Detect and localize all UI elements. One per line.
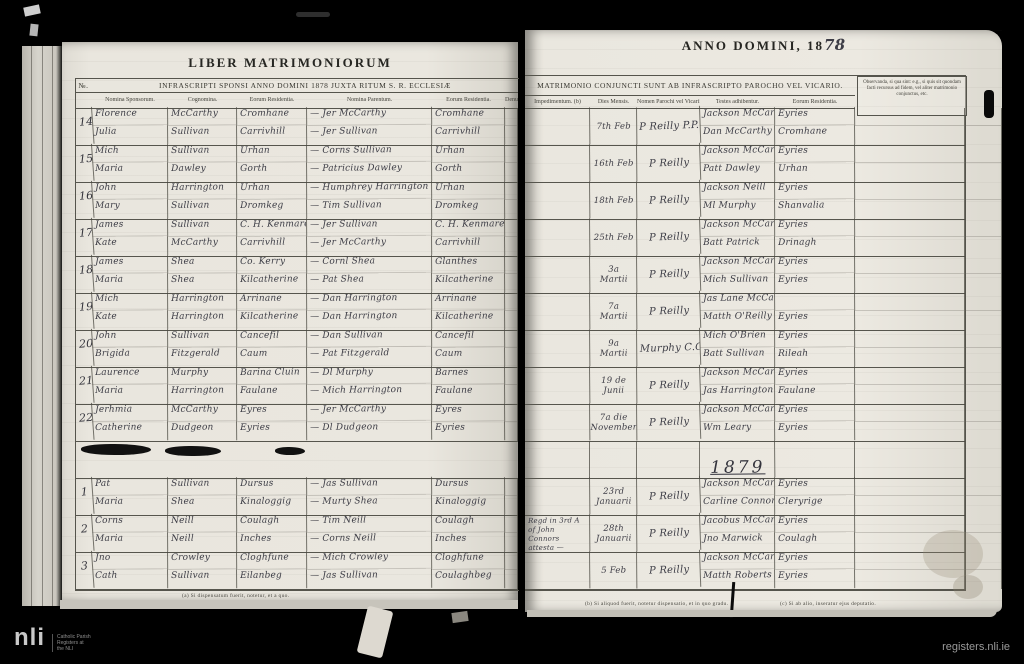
priest-cell: P Reilly P.P. [637,106,701,145]
register-row: 25th FebP ReillyJackson McCarthyEyriesBa… [525,219,965,257]
denuntiationes-cell [505,293,518,311]
groom-parent-residence: Cancefil [432,329,505,348]
register-scan-viewport: LIBER MATRIMONIORUM №. INFRASCRIPTI SPON… [0,0,1024,664]
year-divider: 1879 [700,440,775,478]
bride-name: Cath [92,569,168,589]
witness-2: Jno Marwick [700,532,775,552]
col-label-nomina-parentum: Nomina Parentum. [307,97,432,103]
groom-name: John [92,329,168,348]
bride-surname: Shea [168,495,237,515]
observanda-cell [855,367,965,385]
right-footnote-c: (c) Si ab alio, inseratur ejus deputatio… [780,601,876,607]
denuntiationes-cell [505,256,518,274]
witness-2: Mich Sullivan [700,273,775,293]
denuntiationes-cell [505,348,518,367]
observanda-cell [855,237,965,256]
ink-blot [81,444,151,455]
register-row: 1PatSullivanDursus— Jas SullivanDursusMa… [75,478,518,516]
ink-blot [275,447,305,455]
priest-cell: P Reilly [637,476,701,515]
register-row: 9a MartiiJ Murphy C.C.Mich O'BrienEyries… [525,330,965,368]
groom-name: Florence [92,107,168,126]
groom-name: John [92,181,168,200]
groom-surname: Crowley [168,551,237,570]
page-edge-cell [965,385,1002,404]
bride-residence: Gorth [237,162,307,182]
groom-parent: — Humphrey Harrington [307,181,432,200]
groom-parent: — Jas Sullivan [307,477,432,496]
groom-parent: — Tim Neill [307,514,432,533]
bride-surname: Harrington [168,384,237,404]
bride-name: Maria [92,162,168,182]
witness-1-residence: Eyries [775,329,855,348]
page-edge-cell [965,219,1002,237]
priest-cell: P Reilly [637,143,701,182]
groom-parent-residence: Dursus [432,477,505,496]
denuntiationes-cell [505,182,518,200]
impediment-cell [525,329,590,367]
denuntiationes-cell [505,367,518,385]
impediment-cell [525,477,590,515]
bride-residence: Eilanbeg [237,569,307,589]
groom-name: Mich [92,144,168,163]
col-label-nomen-parochi: Nomen Parochi vel Vicarii. (c) [637,99,700,105]
observanda-cell [855,404,965,422]
groom-residence: Co. Kerry [237,255,307,274]
witness-2-residence: Urhan [775,162,855,182]
page-edge-cell [965,422,1002,441]
bride-name: Kate [92,236,168,256]
observanda-cell [855,348,965,367]
denuntiationes-cell [505,385,518,404]
groom-parent: — Cornl Shea [307,255,432,274]
groom-surname: Sullivan [168,329,237,348]
witness-2: Carline Connor [700,495,775,515]
register-row: 22JerhmiaMcCarthyEyres— Jer McCarthyEyre… [75,404,518,442]
witness-2-residence: Shanvalia [775,199,855,219]
groom-surname: Sullivan [168,218,237,237]
page-edge-cell [965,478,1002,496]
observanda-cell [855,441,965,478]
page-edge-crease [52,46,53,606]
col-label-eorum-residentia-2: Eorum Residentia. [432,97,505,103]
denuntiationes-cell [505,237,518,256]
witness-1: Jackson McCarthy [700,255,775,274]
clip-shadow [984,90,994,118]
bride-parent-residence: Eyries [432,421,505,441]
observanda-cell [855,219,965,237]
witness-1-residence [775,292,855,311]
groom-residence: Arrinane [237,292,307,311]
bride-parent-residence: Caum [432,347,505,367]
register-row: 16JohnHarringtonUrhan— Humphrey Harringt… [75,182,518,220]
groom-surname: Neill [168,514,237,533]
date-cell: 23rd Januarii [590,478,637,515]
groom-residence: Cancefil [237,329,307,348]
date-cell [590,441,637,478]
priest-cell: P Reilly [637,217,701,256]
bride-residence: Kilcatherine [237,273,307,293]
groom-surname: Shea [168,255,237,274]
nli-logo-caption: Catholic Parish Registers at the NLI [52,634,91,652]
priest-cell: P Reilly [637,550,701,589]
observanda-cell [855,330,965,348]
priest-cell: J Murphy C.C. [637,328,701,367]
witness-1-residence: Eyries [775,514,855,533]
witness-1-residence: Eyries [775,218,855,237]
observanda-cell [855,182,965,200]
smudge-mark [296,12,330,17]
priest-cell: P Reilly [637,254,701,293]
groom-parent: — Dan Harrington [307,292,432,311]
register-row: 2CornsNeillCoulagh— Tim NeillCoulaghMari… [75,515,518,553]
page-edge-cell [965,256,1002,274]
ink-blot [165,446,221,456]
paper-scrap [451,611,468,623]
right-page-title: ANNO DOMINI, 18 [682,38,824,53]
witness-2-residence: Eyries [775,273,855,293]
col-label-cognomina: Cognomina. [168,97,237,103]
page-edge-crease [42,46,43,606]
right-band-text: MATRIMONIO CONJUNCTI SUNT AB INFRASCRIPT… [525,81,855,90]
bride-surname: Neill [168,532,237,552]
bride-residence: Dromkeg [237,199,307,219]
col-label-eorum-residentia: Eorum Residentia. [237,97,307,103]
register-row: 1879 [525,441,965,479]
witness-2: Dan McCarthy [700,125,775,145]
register-row: 14FlorenceMcCarthyCromhane— Jer McCarthy… [75,108,518,146]
register-row: 16th FebP ReillyJackson McCarthyEyriesPa… [525,145,965,183]
bride-parent: — Jer Sullivan [307,125,432,145]
left-table-band: №. INFRASCRIPTI SPONSI ANNO DOMINI 1878 … [75,78,518,93]
groom-parent-residence: Cromhane [432,107,505,126]
witness-1: Jackson McCarthy [700,366,775,385]
witness-1: Jas Lane McCarthy [700,292,775,311]
bride-residence: Eyries [237,421,307,441]
bride-parent-residence: Dromkeg [432,199,505,219]
groom-parent-residence: Eyres [432,403,505,422]
bride-name: Maria [92,384,168,404]
page-edge-cell [965,496,1002,515]
bride-parent-residence: Carrivhill [432,125,505,145]
impediment-cell [525,441,590,478]
bride-residence: Caum [237,347,307,367]
priest-cell: P Reilly [637,365,701,404]
date-cell: 28th Januarii [590,515,637,552]
observanda-cell [855,163,965,182]
register-row: 21LaurenceMurphyBarina Cluin— Dl MurphyB… [75,367,518,405]
groom-name: James [92,255,168,274]
denuntiationes-cell [505,570,518,589]
paper-scrap [357,606,394,659]
witness-2-residence: Eyries [775,310,855,330]
page-edge-cell [965,293,1002,311]
page-edge-cell [965,311,1002,330]
denuntiationes-cell [505,552,518,570]
groom-parent-residence: C. H. Kenmare [432,218,505,237]
witness-2-residence: Eyries [775,421,855,441]
bride-parent-residence: Faulane [432,384,505,404]
observanda-cell [855,145,965,163]
denuntiationes-cell [505,478,518,496]
page-edge-cell [965,274,1002,293]
groom-surname: Murphy [168,366,237,385]
groom-residence: Dursus [237,477,307,496]
bride-parent-residence: Coulaghbeg [432,569,505,589]
site-watermark: registers.nli.ie [942,641,1010,653]
register-row: 3JnoCrowleyCloghfune— Mich CrowleyCloghf… [75,552,518,590]
bride-name: Mary [92,199,168,219]
groom-parent-residence: Arrinane [432,292,505,311]
groom-name: Laurence [92,366,168,385]
bride-surname: Dudgeon [168,421,237,441]
witness-1: Jackson McCarthy [700,107,775,126]
page-edge-cell [965,348,1002,367]
priest-cell: P Reilly [637,402,701,441]
denuntiationes-cell [505,422,518,441]
witness-2-residence: Coulagh [775,532,855,552]
col-label-nomina-sponsorum: Nomina Sponsorum. [92,97,168,103]
date-cell: 5 Feb [590,552,637,589]
priest-cell: P Reilly [637,513,701,552]
bride-name: Maria [92,273,168,293]
groom-residence: C. H. Kenmare [237,218,307,237]
page-edge-cell [965,330,1002,348]
witness-1: Jackson Neill [700,181,775,200]
right-footnote-b: (b) Si aliquod fuerit, notetur dispensat… [585,601,728,607]
groom-name: Jno [92,551,168,570]
witness-1: Jackson McCarthy [700,551,775,570]
left-footnote: (a) Si dispensatum fuerit, notetur, et a… [182,593,289,599]
groom-parent-residence: Cloghfune [432,551,505,570]
page-edge-cell [965,367,1002,385]
impediment-cell: Regd in 3rd A of John Connors attesta — [525,514,590,552]
groom-name: Jerhmia [92,403,168,422]
observanda-cell [855,274,965,293]
denuntiationes-cell [505,404,518,422]
denuntiationes-cell [505,311,518,330]
nli-logo: nli [14,624,45,652]
witness-1: Jackson McCarthy [700,403,775,422]
bride-parent-residence: Gorth [432,162,505,182]
witness-1: Jackson McCarthy [700,218,775,237]
groom-residence: Coulagh [237,514,307,533]
bride-parent-residence: Kilcatherine [432,273,505,293]
page-edge-crease [31,46,32,606]
groom-name: James [92,218,168,237]
groom-surname: McCarthy [168,107,237,126]
page-edge-cell [965,200,1002,219]
impediment-cell [525,181,590,219]
register-row [75,441,518,479]
bride-parent: — Patricius Dawley [307,162,432,182]
bride-parent-residence: Carrivhill [432,236,505,256]
groom-parent-residence: Glanthes [432,255,505,274]
right-table-band: MATRIMONIO CONJUNCTI SUNT AB INFRASCRIPT… [525,75,855,96]
paper-stain [953,575,983,599]
groom-surname: Harrington [168,292,237,311]
observanda-cell [855,200,965,219]
register-row: 23rd JanuariiP ReillyJackson McCarthyEyr… [525,478,965,516]
witness-1-residence: Eyries [775,144,855,163]
date-cell: 16th Feb [590,145,637,182]
witness-1: Jackson McCarthy [700,144,775,163]
page-under-edge [527,610,997,617]
bride-residence: Carrivhill [237,236,307,256]
bride-name: Julia [92,125,168,145]
groom-parent: — Dl Murphy [307,366,432,385]
date-cell: 7a die November [590,404,637,441]
date-cell: 3a Martii [590,256,637,293]
witness-2-residence: Cleryrige [775,495,855,515]
page-edge-cell [965,126,1002,145]
priest-cell [637,441,700,478]
bride-parent-residence: Kilcatherine [432,310,505,330]
groom-parent: — Jer McCarthy [307,403,432,422]
bride-name: Brigida [92,347,168,367]
witness-1: Mich O'Brien [700,329,775,348]
register-row: 20JohnSullivanCancefil— Dan SullivanCanc… [75,330,518,368]
bride-residence: Kinaloggig [237,495,307,515]
bride-parent: — Murty Shea [307,495,432,515]
groom-parent: — Jer McCarthy [307,107,432,126]
denuntiationes-cell [505,496,518,515]
date-cell: 19 de Junii [590,367,637,404]
impediment-cell [525,292,590,330]
date-cell: 7th Feb [590,108,637,145]
bride-surname: Sullivan [168,569,237,589]
page-edge-cell [965,515,1002,533]
impediment-cell [525,366,590,404]
left-band-text: INFRASCRIPTI SPONSI ANNO DOMINI 1878 JUX… [92,81,518,90]
register-row: 18JamesSheaCo. Kerry— Cornl SheaGlanthes… [75,256,518,294]
register-row: 7a MartiiP ReillyJas Lane McCarthyMatth … [525,293,965,331]
groom-parent: — Mich Crowley [307,551,432,570]
groom-name: Mich [92,292,168,311]
date-cell: 9a Martii [590,330,637,367]
witness-1-residence: Eyries [775,403,855,422]
bride-parent: — Mich Harrington [307,384,432,404]
witness-2: Patt Dawley [700,162,775,182]
page-under-edge [60,600,518,609]
observanda-cell [855,496,965,515]
witness-2: Ml Murphy [700,199,775,219]
bride-surname: Sullivan [168,125,237,145]
witness-2: Jas Harrington [700,384,775,404]
groom-parent-residence: Coulagh [432,514,505,533]
col-label-denuntiationes: Denuntiationes (a) [505,97,518,103]
bride-parent: — Tim Sullivan [307,199,432,219]
residence-cell [775,441,855,478]
observanda-cell [855,108,965,126]
denuntiationes-cell [505,163,518,182]
witness-2-residence: Rileah [775,347,855,367]
bride-parent: — Pat Shea [307,273,432,293]
groom-parent-residence: Urhan [432,181,505,200]
denuntiationes-cell [505,219,518,237]
witness-2: Matth O'Reilly [700,310,775,330]
register-row: 3a MartiiP ReillyJackson McCarthyEyriesM… [525,256,965,294]
observanda-cell [855,256,965,274]
bride-parent: — Jer McCarthy [307,236,432,256]
page-edge-cell [965,441,1002,478]
bride-surname: Sullivan [168,199,237,219]
groom-residence: Urhan [237,181,307,200]
bride-surname: Shea [168,273,237,293]
observanda-cell [855,293,965,311]
impediment-cell [525,255,590,293]
witness-1: Jackson McCarthy [700,477,775,496]
groom-residence: Eyres [237,403,307,422]
bride-surname: Harrington [168,310,237,330]
bride-residence: Kilcatherine [237,310,307,330]
groom-parent: — Corns Sullivan [307,144,432,163]
paper-stain [923,530,983,578]
denuntiationes-cell [505,515,518,533]
witness-2-residence: Faulane [775,384,855,404]
groom-surname: McCarthy [168,403,237,422]
witness-2: Wm Leary [700,421,775,441]
bride-surname: Fitzgerald [168,347,237,367]
page-edge-cell [965,163,1002,182]
denuntiationes-cell [505,108,518,126]
register-row: 15MichSullivanUrhan— Corns SullivanUrhan… [75,145,518,183]
date-cell: 25th Feb [590,219,637,256]
register-row: 5 FebP ReillyJackson McCarthyEyriesMatth… [525,552,965,590]
groom-surname: Sullivan [168,144,237,163]
bride-parent: — Pat Fitzgerald [307,347,432,367]
witness-2: Matth Roberts [700,569,775,589]
denuntiationes-cell [505,330,518,348]
page-edge-cell [965,404,1002,422]
bride-parent: — Jas Sullivan [307,569,432,589]
bride-residence: Faulane [237,384,307,404]
register-row: 7th FebP Reilly P.P.Jackson McCarthyEyri… [525,108,965,146]
witness-1-residence: Eyries [775,181,855,200]
groom-residence: Cloghfune [237,551,307,570]
register-row: 18th FebP ReillyJackson NeillEyriesMl Mu… [525,182,965,220]
date-cell: 18th Feb [590,182,637,219]
groom-residence: Urhan [237,144,307,163]
bride-name: Kate [92,310,168,330]
denuntiationes-cell [505,533,518,552]
impediment-cell [525,144,590,182]
observanda-cell [855,385,965,404]
witness-2: Batt Sullivan [700,347,775,367]
groom-name: Pat [92,477,168,496]
register-left-page: LIBER MATRIMONIORUM №. INFRASCRIPTI SPON… [62,42,518,602]
groom-parent-residence: Barnes [432,366,505,385]
tape-fragment [29,24,38,37]
bride-parent-residence: Kinaloggig [432,495,505,515]
witness-2: Batt Patrick [700,236,775,256]
witness-2-residence: Eyries [775,569,855,589]
groom-surname: Sullivan [168,477,237,496]
denuntiationes-cell [505,274,518,293]
observanda-cell [855,126,965,145]
col-label-dies-mensis: Dies Mensis. [590,99,637,105]
groom-surname: Harrington [168,181,237,200]
groom-parent-residence: Urhan [432,144,505,163]
impediment-cell [525,551,590,589]
left-page-title: LIBER MATRIMONIORUM [62,55,518,71]
bride-residence: Inches [237,532,307,552]
tape-fragment [23,4,41,16]
priest-cell: P Reilly [637,180,701,219]
register-row: 17JamesSullivanC. H. Kenmare— Jer Sulliv… [75,219,518,257]
bride-name: Maria [92,495,168,515]
book-fore-edge [22,46,62,606]
